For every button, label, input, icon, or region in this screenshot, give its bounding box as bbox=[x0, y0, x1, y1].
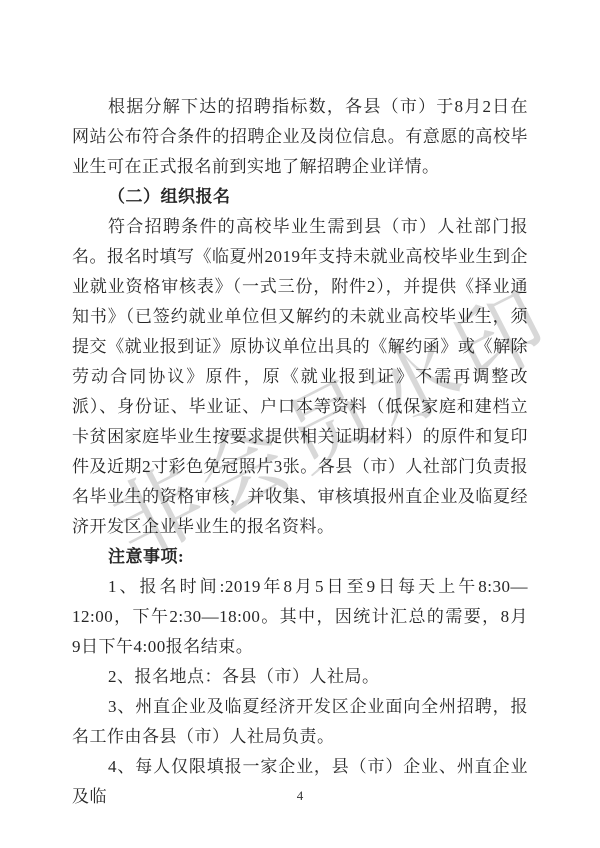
note-item-3-prefecture-enterprises: 3、州直企业及临夏经济开发区企业面向全州招聘，报名工作由各县（市）人社局负责。 bbox=[72, 692, 528, 752]
notes-heading: 注意事项: bbox=[72, 542, 528, 572]
document-page: 非会员水印 根据分解下达的招聘指标数，各县（市）于8月2日在网站公布符合条件的招… bbox=[0, 0, 600, 848]
paragraph-recruitment-info: 根据分解下达的招聘指标数，各县（市）于8月2日在网站公布符合条件的招聘企业及岗位… bbox=[72, 92, 528, 182]
note-item-1-registration-time: 1、报名时间:2019年8月5日至9日每天上午8:30—12:00，下午2:30… bbox=[72, 572, 528, 662]
section-heading-organize-registration: （二）组织报名 bbox=[72, 182, 528, 212]
page-number: 4 bbox=[0, 788, 600, 804]
note-item-2-registration-location: 2、报名地点：各县（市）人社局。 bbox=[72, 662, 528, 692]
document-content: 根据分解下达的招聘指标数，各县（市）于8月2日在网站公布符合条件的招聘企业及岗位… bbox=[72, 92, 528, 812]
paragraph-registration-requirements: 符合招聘条件的高校毕业生需到县（市）人社部门报名。报名时填写《临夏州2019年支… bbox=[72, 212, 528, 542]
